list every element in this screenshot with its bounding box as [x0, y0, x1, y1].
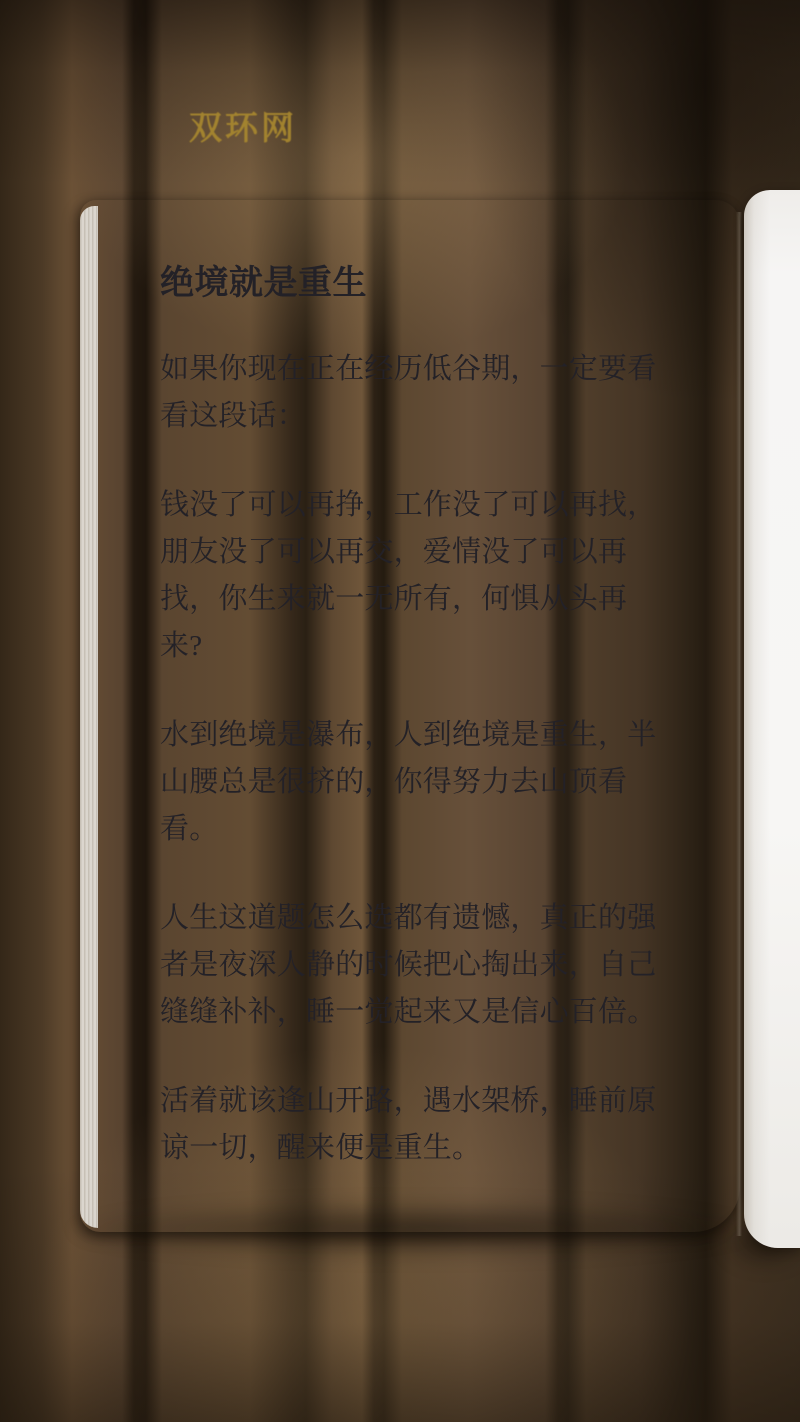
paragraph-intro: 如果你现在正在经历低谷期，一定要看看这段话：: [160, 346, 665, 440]
book-left-page: 绝境就是重生 如果你现在正在经历低谷期，一定要看看这段话： 钱没了可以再挣，工作…: [80, 200, 740, 1232]
paragraph-money: 钱没了可以再挣，工作没了可以再找，朋友没了可以再交，爱情没了可以再找，你生来就一…: [160, 482, 665, 670]
paragraph-waterfall: 水到绝境是瀑布，人到绝境是重生，半山腰总是很挤的，你得努力去山顶看看。: [160, 712, 665, 853]
book-right-page: [744, 190, 800, 1248]
page-content: 绝境就是重生 如果你现在正在经历低谷期，一定要看看这段话： 钱没了可以再挣，工作…: [160, 264, 676, 1192]
book-gutter-shadow: [736, 212, 742, 1236]
paragraph-rebirth: 活着就该逢山开路，遇水架桥，睡前原谅一切，醒来便是重生。: [160, 1078, 665, 1172]
page-title: 绝境就是重生: [160, 264, 676, 305]
watermark-text: 双环网: [189, 102, 297, 149]
paragraph-life: 人生这道题怎么选都有遗憾，真正的强者是夜深人静的时候把心掏出来，自己缝缝补补，睡…: [160, 895, 665, 1036]
photo-scene: 双环网 绝境就是重生 如果你现在正在经历低谷期，一定要看看这段话： 钱没了可以再…: [0, 0, 800, 1422]
page-stack-edge: [80, 206, 98, 1228]
